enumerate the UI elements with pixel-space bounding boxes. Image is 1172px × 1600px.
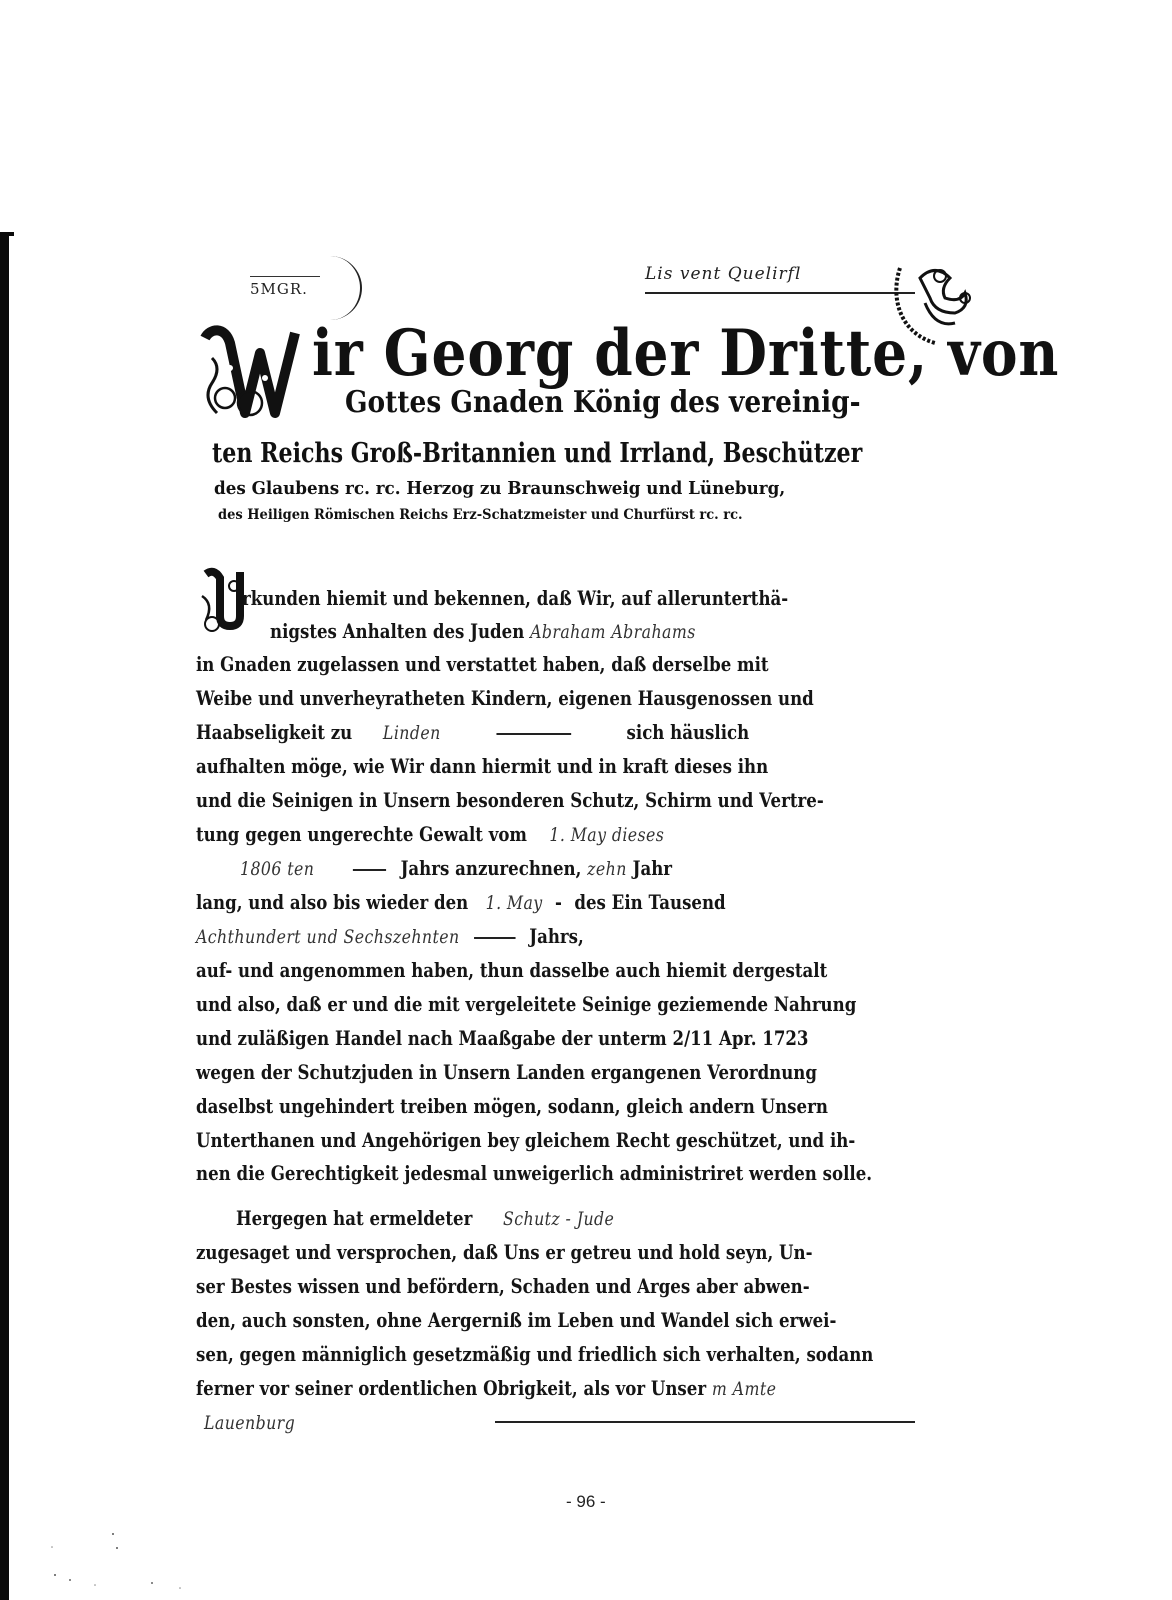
handwritten-status: Schutz - Jude	[503, 1208, 614, 1230]
printed-text: und zuläßigen Handel nach Maaßgabe der u…	[196, 1026, 808, 1050]
printed-text: Unterthanen und Angehörigen bey gleichem…	[196, 1128, 855, 1152]
title-visible: ir Georg der Dritte, von	[312, 316, 1059, 391]
blank-dash	[474, 937, 516, 939]
body-line-6: aufhalten möge, wie Wir dann hiermit und…	[196, 754, 768, 778]
handwritten-office: m Amte	[712, 1378, 776, 1400]
document-title: Wir Georg der Dritte, von ir Georg der D…	[312, 318, 1059, 390]
body-line-16: daselbst ungehindert treiben mögen, soda…	[196, 1094, 828, 1118]
body-line-25: Lauenburg	[204, 1410, 295, 1435]
printed-text: nigstes Anhalten des Juden	[270, 619, 524, 643]
printed-text: ser Bestes wissen und befördern, Schaden…	[196, 1274, 810, 1298]
printed-text: daselbst ungehindert treiben mögen, soda…	[196, 1094, 828, 1118]
printed-text: lang, und also bis wieder den	[196, 890, 468, 914]
printed-text: Weibe und unverheyratheten Kindern, eige…	[196, 686, 814, 710]
dash-text: -	[555, 890, 562, 914]
body-line-9: 1806 ten Jahrs anzurechnen, zehn Jahr	[240, 856, 672, 881]
body-line-13: und also, daß er und die mit vergeleitet…	[196, 992, 856, 1016]
blank-rule	[495, 1421, 915, 1423]
handwritten-place: Linden	[383, 722, 441, 744]
body-line-15: wegen der Schutzjuden in Unsern Landen e…	[196, 1060, 817, 1084]
handwritten-year: 1806 ten	[240, 858, 314, 880]
heading-line-3: des Glaubens rc. rc. Herzog zu Braunschw…	[214, 478, 785, 499]
body-line-5: Haabseligkeit zu Linden sich häuslich	[196, 720, 749, 745]
body-line-7: und die Seinigen in Unsern besonderen Sc…	[196, 788, 824, 812]
scan-edge-shadow	[0, 234, 9, 1600]
decorated-initial-w-icon	[200, 318, 310, 428]
top-handwriting-text: Lis vent Quelirfl	[645, 264, 801, 284]
body-line-20: zugesaget und versprochen, daß Uns er ge…	[196, 1240, 812, 1264]
heading-line-1: Gottes Gnaden König des vereinig-	[345, 385, 861, 420]
body-line-12: auf- und angenommen haben, thun dasselbe…	[196, 958, 827, 982]
printed-text: wegen der Schutzjuden in Unsern Landen e…	[196, 1060, 817, 1084]
printed-text: sen, gegen männiglich gesetzmäßig und fr…	[196, 1342, 873, 1366]
body-line-19: Hergegen hat ermeldeter Schutz - Jude	[236, 1206, 614, 1231]
printed-text: auf- und angenommen haben, thun dasselbe…	[196, 958, 827, 982]
body-line-1: rkunden hiemit und bekennen, daß Wir, au…	[242, 586, 788, 610]
body-line-17: Unterthanen und Angehörigen bey gleichem…	[196, 1128, 855, 1152]
body-line-24: ferner vor seiner ordentlichen Obrigkeit…	[196, 1376, 776, 1401]
printed-text: in Gnaden zugelassen und verstattet habe…	[196, 652, 769, 676]
handwritten-year-words: Achthundert und Sechszehnten	[196, 926, 460, 948]
printed-text: aufhalten möge, wie Wir dann hiermit und…	[196, 754, 768, 778]
printed-text: Jahrs anzurechnen,	[401, 856, 582, 880]
body-line-14: und zuläßigen Handel nach Maaßgabe der u…	[196, 1026, 808, 1050]
handwritten-duration: zehn	[587, 858, 627, 880]
archive-stamp: 5MGR.	[240, 262, 350, 316]
printed-text: des Ein Tausend	[574, 890, 725, 914]
printed-text: Jahr	[633, 856, 672, 880]
printed-text: sich häuslich	[627, 720, 750, 744]
top-underline	[645, 292, 915, 294]
printed-text: rkunden hiemit und bekennen, daß Wir, au…	[242, 586, 788, 610]
page-number: - 96 -	[566, 1492, 606, 1512]
printed-text: und also, daß er und die mit vergeleitet…	[196, 992, 856, 1016]
body-line-4: Weibe und unverheyratheten Kindern, eige…	[196, 686, 814, 710]
handwritten-date: 1. May dieses	[549, 824, 664, 846]
handwritten-district: Lauenburg	[204, 1412, 295, 1434]
printed-text: Haabseligkeit zu	[196, 720, 352, 744]
body-line-8: tung gegen ungerechte Gewalt vom 1. May …	[196, 822, 664, 847]
printed-text: tung gegen ungerechte Gewalt vom	[196, 822, 527, 846]
body-line-3: in Gnaden zugelassen und verstattet habe…	[196, 652, 769, 676]
stamp-arc	[300, 256, 362, 320]
body-line-18: nen die Gerechtigkeit jedesmal unweigerl…	[196, 1161, 872, 1185]
printed-text: Jahrs,	[529, 924, 584, 948]
printed-text: den, auch sonsten, ohne Aergerniß im Leb…	[196, 1308, 836, 1332]
printed-text: nen die Gerechtigkeit jedesmal unweigerl…	[196, 1161, 872, 1185]
printed-text: und die Seinigen in Unsern besonderen Sc…	[196, 788, 824, 812]
scan-edge-shadow-tip	[0, 232, 14, 236]
printed-text: zugesaget und versprochen, daß Uns er ge…	[196, 1240, 812, 1264]
blank-dash	[496, 733, 571, 735]
blank-dash	[353, 869, 386, 871]
body-line-2: nigstes Anhalten des Juden Abraham Abrah…	[270, 619, 696, 644]
printed-text: ferner vor seiner ordentlichen Obrigkeit…	[196, 1376, 706, 1400]
scan-noise	[40, 1520, 200, 1590]
handwritten-date: 1. May	[486, 892, 543, 914]
heading-line-2: ten Reichs Groß-Britannien und Irrland, …	[212, 438, 862, 469]
body-line-21: ser Bestes wissen und befördern, Schaden…	[196, 1274, 810, 1298]
body-line-11: Achthundert und Sechszehnten Jahrs,	[196, 924, 584, 949]
body-line-10: lang, und also bis wieder den 1. May - d…	[196, 890, 726, 915]
body-line-22: den, auch sonsten, ohne Aergerniß im Leb…	[196, 1308, 836, 1332]
heading-line-4: des Heiligen Römischen Reichs Erz-Schatz…	[218, 507, 743, 523]
handwritten-name: Abraham Abrahams	[530, 621, 696, 643]
body-line-23: sen, gegen männiglich gesetzmäßig und fr…	[196, 1342, 873, 1366]
printed-text: Hergegen hat ermeldeter	[236, 1206, 472, 1230]
